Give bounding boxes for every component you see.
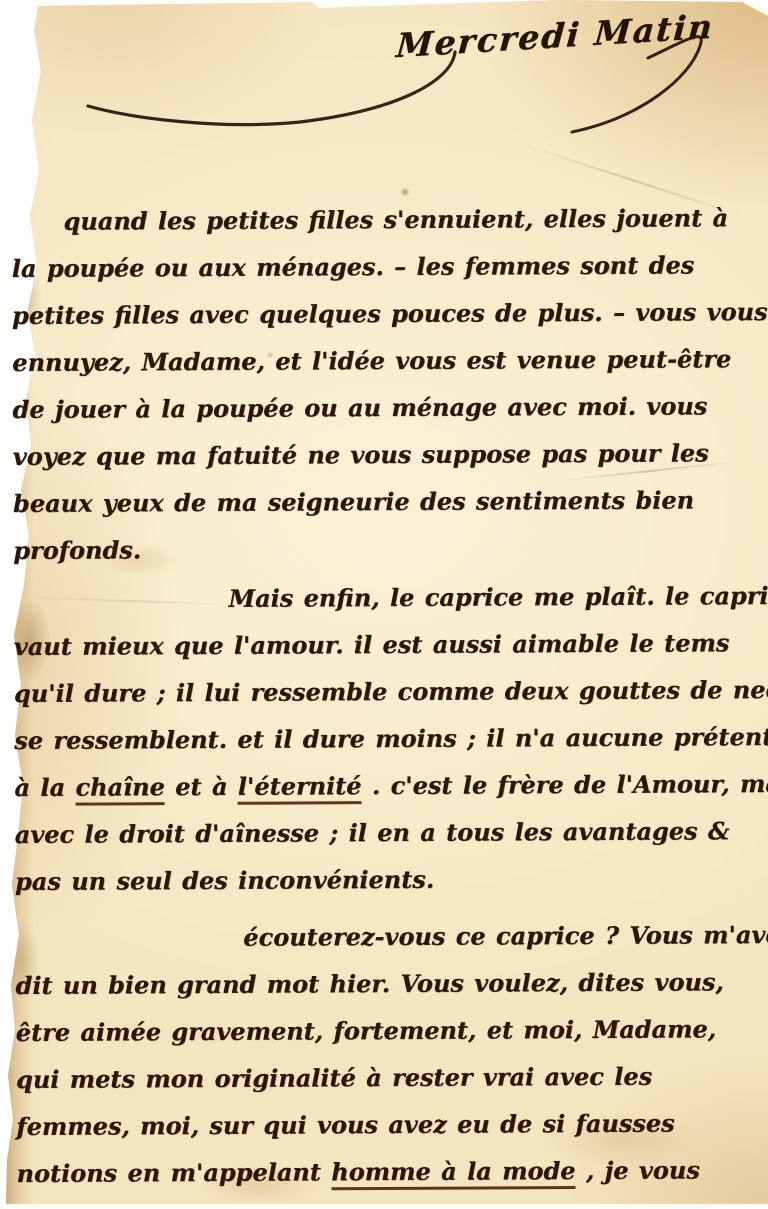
manuscript-line: de jouer à la poupée ou au ménage avec m… (12, 382, 760, 433)
manuscript-line: qui mets mon originalité à rester vrai a… (16, 1052, 764, 1103)
handwritten-text: la poupée ou aux ménages. – les femmes s… (12, 250, 695, 283)
underlined-phrase: l'éternité (238, 771, 362, 805)
manuscript-line: à la chaîne et à l'éternité . c'est le f… (14, 760, 762, 811)
handwritten-text: beaux yeux de ma seigneurie des sentimen… (13, 485, 694, 518)
manuscript-line: écouterez-vous ce caprice ? Vous m'avez (15, 911, 763, 962)
handwritten-text: qui mets mon originalité à rester vrai a… (16, 1062, 652, 1094)
handwritten-text: avec le droit d'aînesse ; il en a tous l… (15, 816, 730, 849)
handwritten-text: à la (14, 773, 75, 802)
manuscript-line: qu'il dure ; il lui ressemble comme deux… (14, 666, 762, 717)
handwritten-text: être aimée gravement, fortement, et moi,… (16, 1014, 716, 1047)
handwritten-text: de jouer à la poupée ou au ménage avec m… (12, 391, 707, 424)
manuscript-line: ennuyez, Madame, et l'idée vous est venu… (12, 335, 760, 386)
handwritten-text: dit un bien grand mot hier. Vous voulez,… (15, 967, 723, 1000)
handwritten-text: quand les petites filles s'ennuient, ell… (63, 203, 728, 235)
manuscript-line: profonds. (13, 523, 761, 574)
manuscript-line: quand les petites filles s'ennuient, ell… (11, 194, 759, 245)
handwritten-text: petites filles avec quelques pouces de p… (12, 297, 768, 330)
manuscript-line: être aimée gravement, fortement, et moi,… (16, 1005, 764, 1056)
handwritten-text: et à (165, 772, 238, 801)
manuscript-lines: quand les petites filles s'ennuient, ell… (11, 194, 764, 1197)
manuscript-line: petites filles avec quelques pouces de p… (12, 288, 760, 339)
handwritten-text: écouterez-vous ce caprice ? Vous m'avez (243, 920, 768, 952)
manuscript-line: la poupée ou aux ménages. – les femmes s… (12, 241, 760, 292)
manuscript-line: pas un seul des inconvénients. (15, 854, 763, 905)
underlined-phrase: chaîne (75, 772, 165, 805)
manuscript-line: Mais enfin, le caprice me plaît. le capr… (13, 572, 761, 623)
manuscript-line: dit un bien grand mot hier. Vous voulez,… (15, 958, 763, 1009)
handwritten-text: se ressemblent. et il dure moins ; il n'… (14, 722, 768, 755)
handwritten-text: vaut mieux que l'amour. il est aussi aim… (14, 628, 730, 661)
handwritten-text: notions en m'appelant (16, 1157, 331, 1188)
manuscript-line: femmes, moi, sur qui vous avez eu de si … (16, 1099, 764, 1150)
handwritten-text: , je vous (575, 1155, 699, 1185)
manuscript-line: voyez que ma fatuité ne vous suppose pas… (13, 429, 761, 480)
manuscript-line: beaux yeux de ma seigneurie des sentimen… (13, 476, 761, 527)
manuscript-line: vaut mieux que l'amour. il est aussi aim… (14, 619, 762, 670)
handwritten-text: profonds. (13, 535, 141, 565)
handwritten-text: voyez que ma fatuité ne vous suppose pas… (13, 438, 709, 471)
handwritten-text: . c'est le frère de l'Amour, mais (361, 769, 768, 800)
manuscript-line: notions en m'appelant homme à la mode , … (16, 1146, 764, 1197)
handwritten-text: ennuyez, Madame, et l'idée vous est venu… (12, 344, 731, 377)
handwritten-text: pas un seul des inconvénients. (15, 865, 434, 896)
handwritten-text: femmes, moi, sur qui vous avez eu de si … (16, 1109, 675, 1141)
manuscript-line: se ressemblent. et il dure moins ; il n'… (14, 713, 762, 764)
scanned-letter-page: Mercredi Matin quand les petites filles … (0, 0, 768, 1209)
manuscript-line: avec le droit d'aînesse ; il en a tous l… (15, 807, 763, 858)
underlined-phrase: homme à la mode (331, 1156, 575, 1190)
handwritten-text: Mais enfin, le caprice me plaît. le capr… (228, 581, 768, 613)
handwritten-text: qu'il dure ; il lui ressemble comme deux… (14, 675, 768, 708)
